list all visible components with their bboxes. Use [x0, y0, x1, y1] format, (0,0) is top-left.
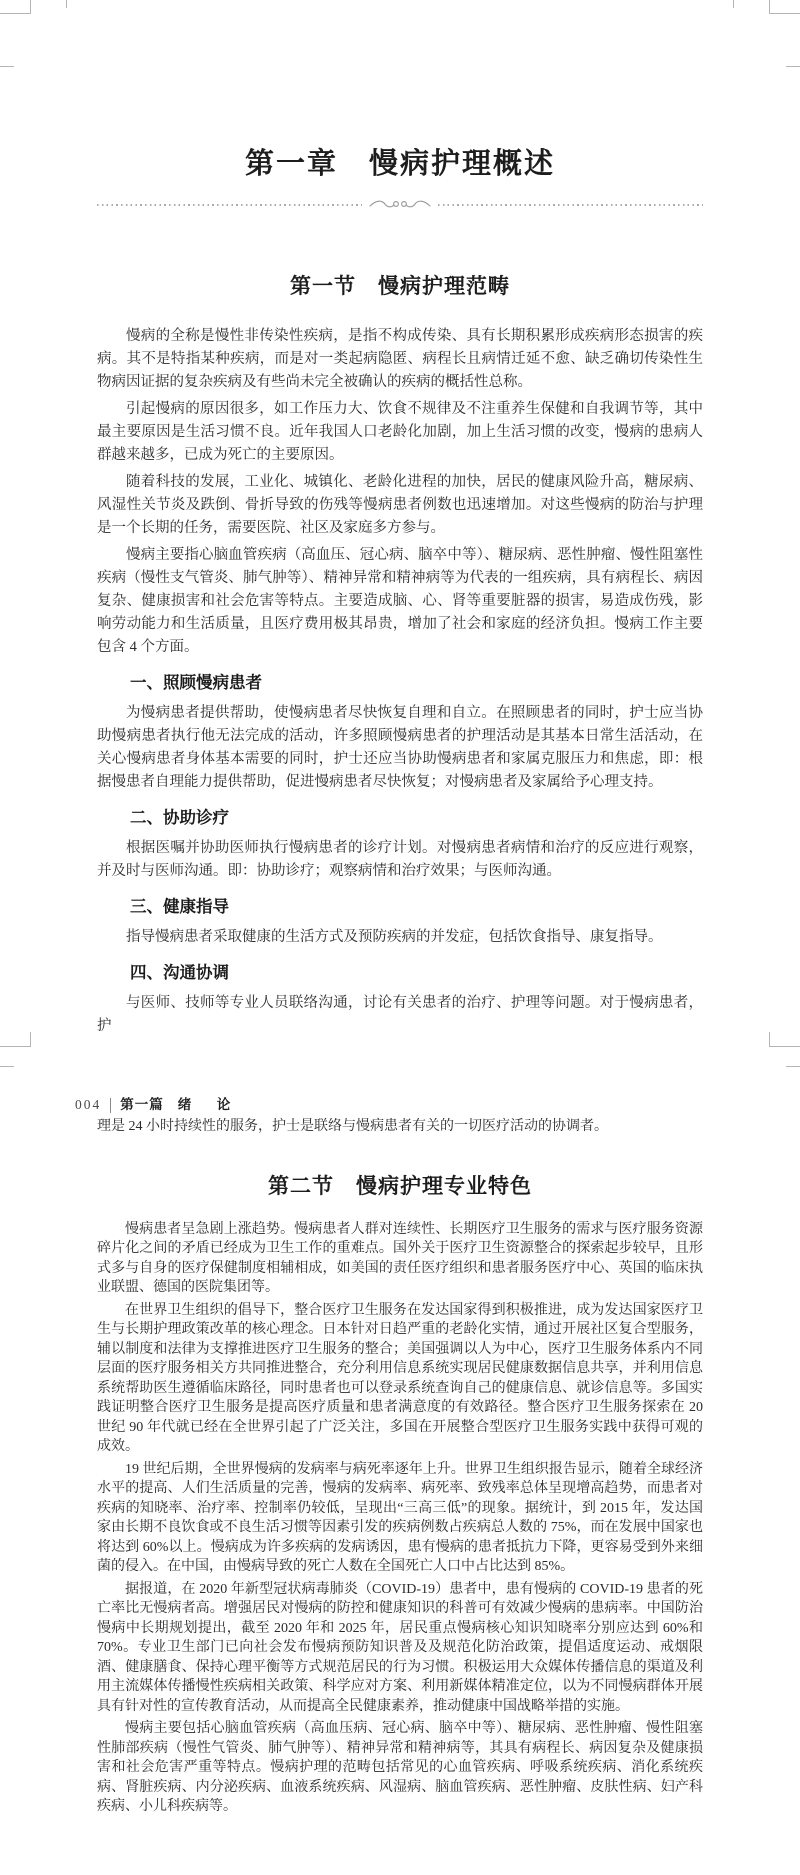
paragraph: 慢病主要包括心脑血管疾病（高血压病、冠心病、脑卒中等）、糖尿病、恶性肿瘤、慢性阻… [97, 1719, 703, 1817]
crop-mark [0, 1066, 14, 1067]
scanned-book-spread: 第一章 慢病护理概述 第一节 慢病护理范畴 慢病的全称是慢性非传染性疾病，是指不… [0, 0, 800, 1875]
crop-mark [0, 66, 14, 67]
page-2: 004 第一篇 绪 论 理是 24 小时持续性的服务，护士是联络与慢病患者有关的… [0, 1096, 800, 1817]
section-1-title: 第一节 慢病护理范畴 [97, 271, 703, 301]
crop-mark [769, 0, 770, 14]
paragraph: 为慢病患者提供帮助，使慢病患者尽快恢复自理和自立。在照顾患者的同时，护士应当协助… [97, 702, 703, 794]
crop-mark [0, 13, 30, 14]
header-divider [110, 1098, 111, 1113]
crop-mark [786, 1066, 800, 1067]
dotted-rule [97, 204, 362, 206]
paragraph: 19 世纪后期，全世界慢病的发病率与病死率逐年上升。世界卫生组织报告显示，随着全… [97, 1460, 703, 1577]
subsection-heading: 四、沟通协调 [97, 963, 703, 984]
paragraph: 慢病的全称是慢性非传染性疾病，是指不构成传染、具有长期积累形成疾病形态损害的疾病… [97, 325, 703, 394]
crop-mark [786, 66, 800, 67]
section-2-title: 第二节 慢病护理专业特色 [97, 1171, 703, 1201]
part-title: 绪 论 [178, 1096, 237, 1114]
crop-mark [770, 13, 800, 14]
page-1: 第一章 慢病护理概述 第一节 慢病护理范畴 慢病的全称是慢性非传染性疾病，是指不… [0, 144, 800, 1038]
dotted-rule [438, 204, 703, 206]
crop-mark [733, 0, 734, 8]
crop-mark [30, 0, 31, 14]
paragraph: 引起慢病的原因很多，如工作压力大、饮食不规律及不注重养生保健和自我调节等，其中最… [97, 398, 703, 467]
crop-mark [66, 0, 67, 8]
paragraph: 指导慢病患者采取健康的生活方式及预防疾病的并发症，包括饮食指导、康复指导。 [97, 926, 703, 949]
chapter-title: 第一章 慢病护理概述 [97, 144, 703, 184]
page-number: 004 [75, 1096, 101, 1114]
subsection-heading: 三、健康指导 [97, 897, 703, 918]
paragraph: 在世界卫生组织的倡导下，整合医疗卫生服务在发达国家得到积极推进，成为发达国家医疗… [97, 1301, 703, 1457]
ornament-divider [97, 197, 703, 213]
crop-mark [769, 1046, 800, 1047]
continuation-paragraph: 理是 24 小时持续性的服务，护士是联络与慢病患者有关的一切医疗活动的协调者。 [97, 1117, 703, 1137]
paragraph: 与医师、技师等专业人员联络沟通，讨论有关患者的治疗、护理等问题。对于慢病患者，护 [97, 992, 703, 1038]
part-label: 第一篇 [120, 1096, 164, 1114]
paragraph: 据报道，在 2020 年新型冠状病毒肺炎（COVID-19）患者中，患有慢病的 … [97, 1580, 703, 1717]
subsection-heading: 一、照顾慢病患者 [97, 673, 703, 694]
paragraph: 慢病主要指心脑血管疾病（高血压、冠心病、脑卒中等）、糖尿病、恶性肿瘤、慢性阻塞性… [97, 544, 703, 659]
crop-mark [0, 1046, 31, 1047]
paragraph: 随着科技的发展，工业化、城镇化、老龄化进程的加快，居民的健康风险升高，糖尿病、风… [97, 471, 703, 540]
subsection-heading: 二、协助诊疗 [97, 808, 703, 829]
paragraph: 慢病患者呈急剧上涨趋势。慢病患者人群对连续性、长期医疗卫生服务的需求与医疗服务资… [97, 1220, 703, 1298]
paragraph: 根据医嘱并协助医师执行慢病患者的诊疗计划。对慢病患者病情和治疗的反应进行观察，并… [97, 837, 703, 883]
running-header: 004 第一篇 绪 论 [75, 1096, 703, 1114]
scroll-ornament-icon [368, 197, 432, 213]
